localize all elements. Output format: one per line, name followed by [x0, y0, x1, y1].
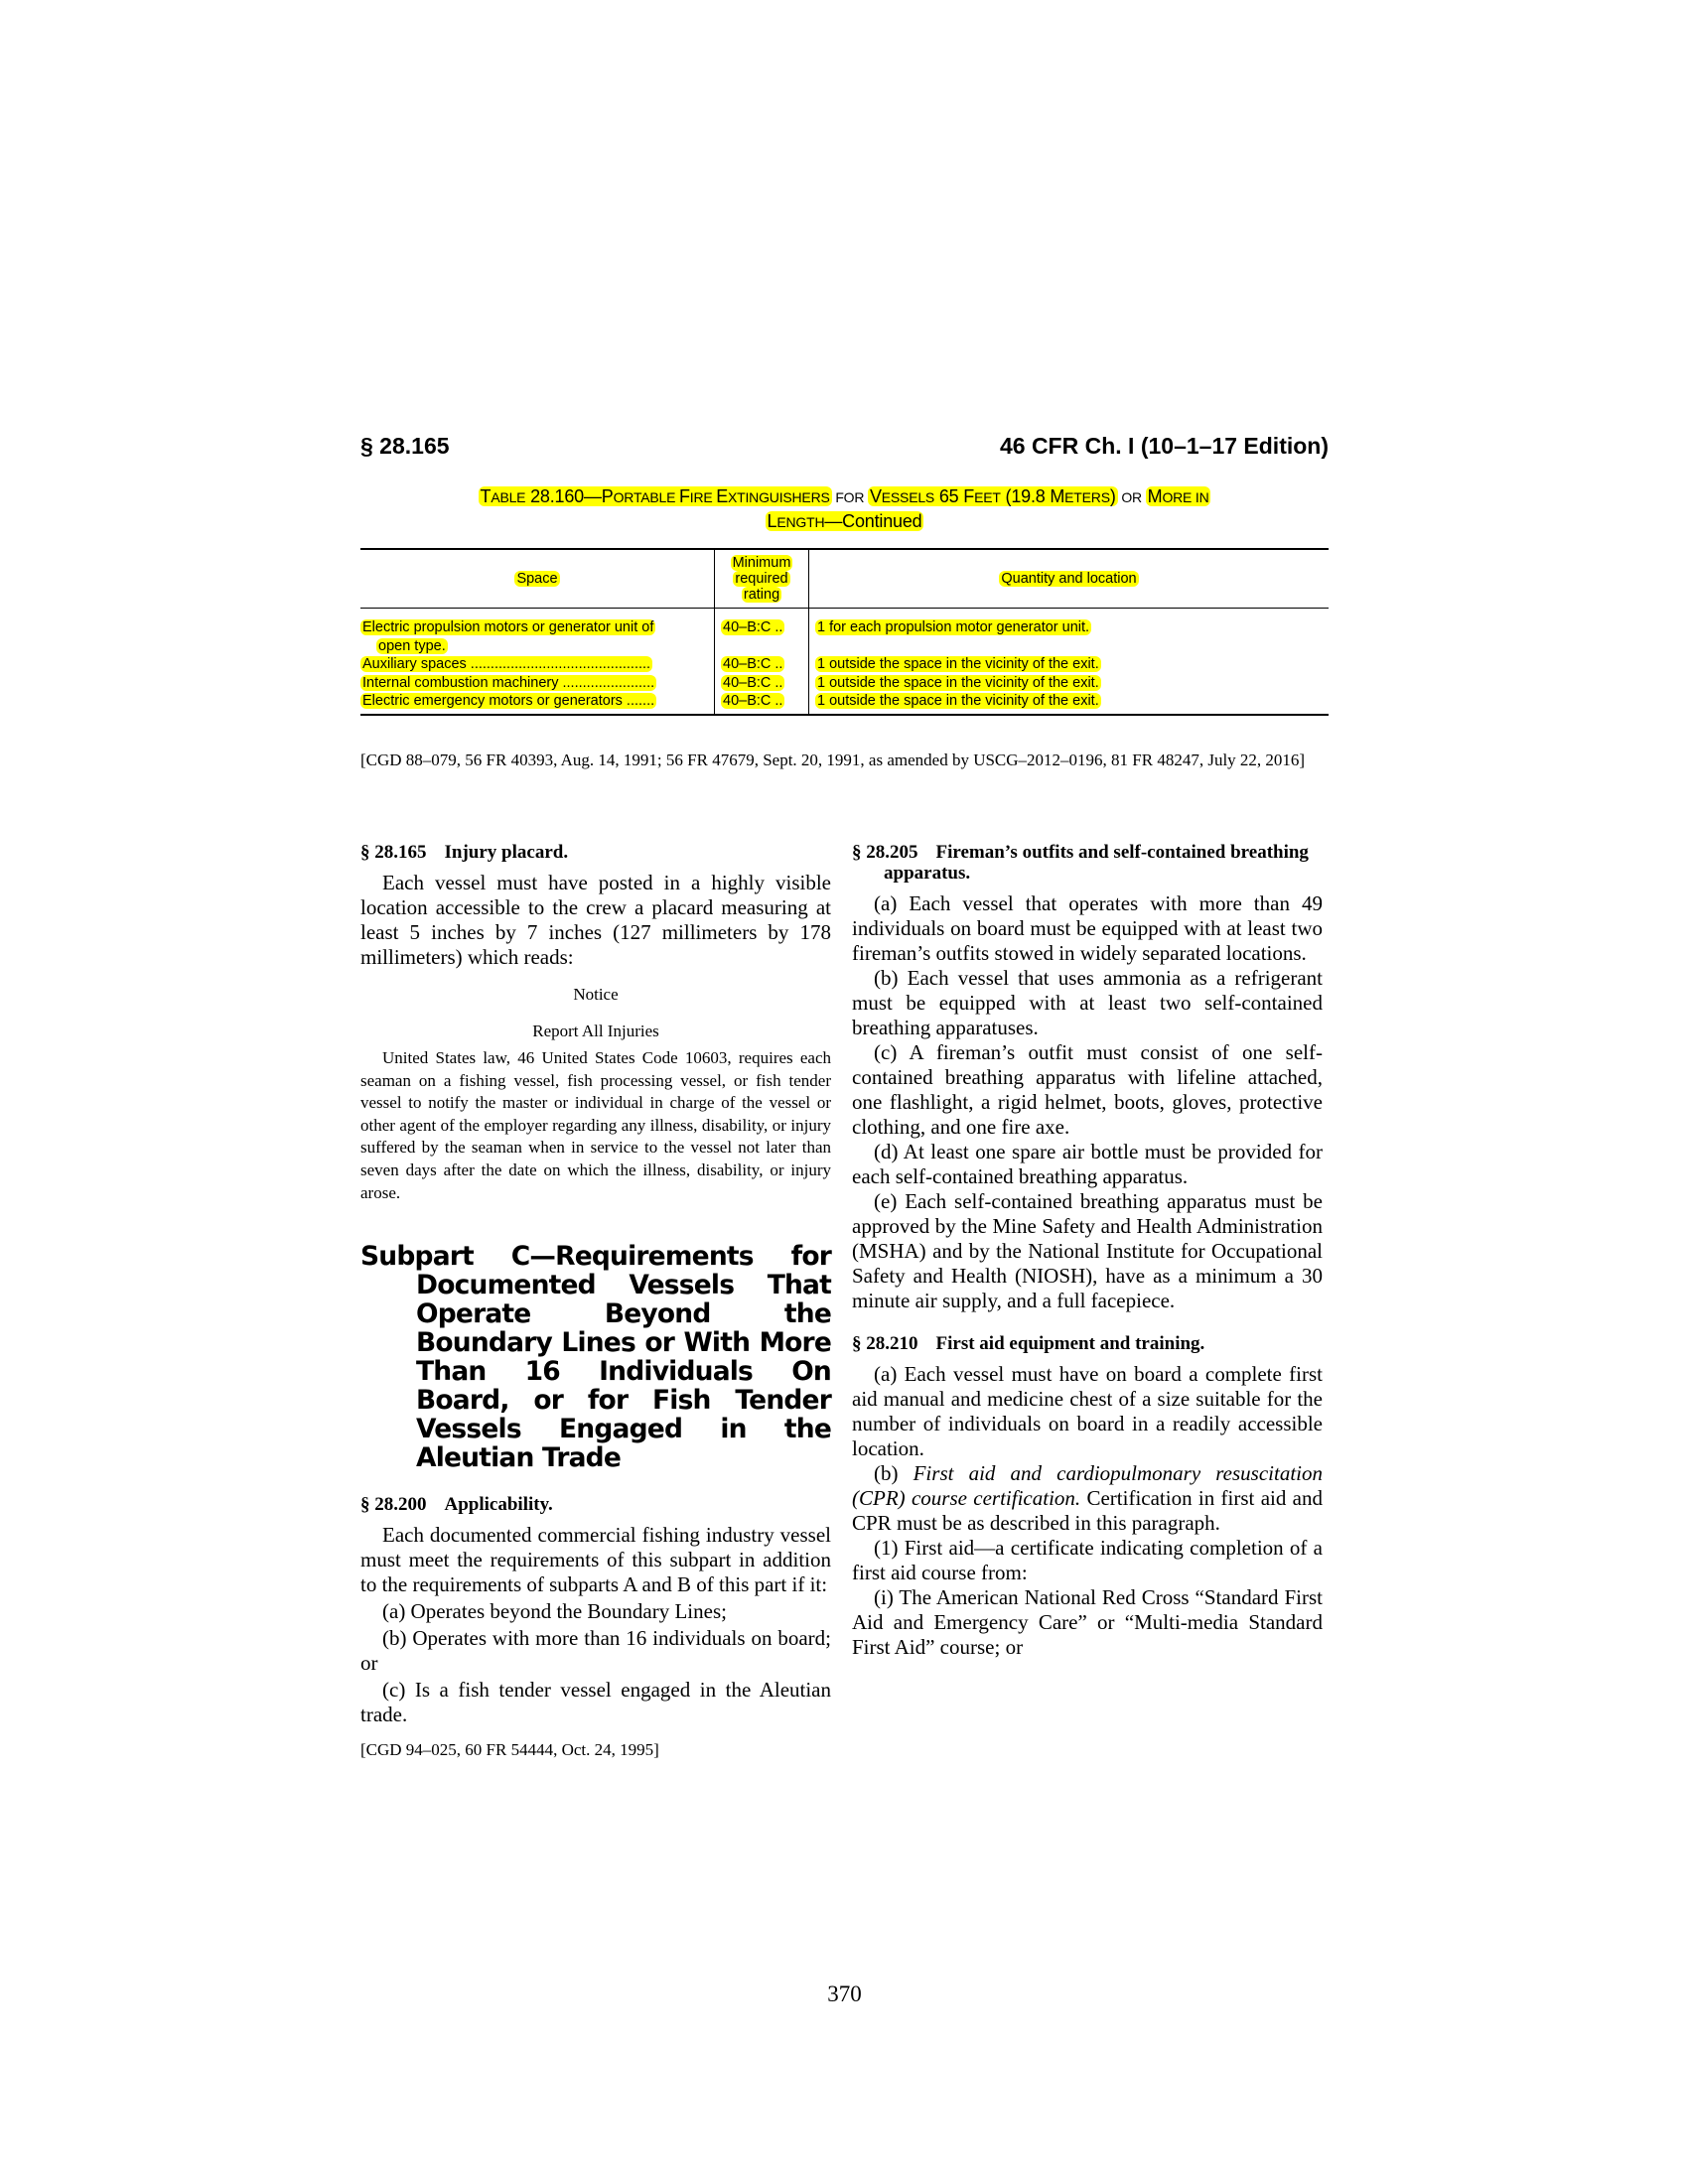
- placard-title: Report All Injuries: [360, 1021, 831, 1041]
- table-citation: [CGD 88–079, 56 FR 40393, Aug. 14, 1991;…: [360, 750, 1329, 770]
- section-28-205-c: (c) A fireman’s outfit must consist of o…: [852, 1040, 1323, 1140]
- table-title-highlight-4: LENGTH—Continued: [766, 511, 924, 531]
- section-heading-28-205: § 28.205Fireman’s outfits and self-conta…: [852, 842, 1323, 884]
- running-head-title: 46 CFR Ch. I (10–1–17 Edition): [1000, 433, 1329, 460]
- cell-space: Auxiliary spaces .......................…: [360, 655, 715, 674]
- section-28-200-body: Each documented commercial fishing indus…: [360, 1523, 831, 1597]
- left-column: § 28.165Injury placard. Each vessel must…: [360, 842, 831, 1760]
- cell-space: Electric emergency motors or generators …: [360, 692, 715, 715]
- cell-rating: 40–B:C ..: [715, 674, 809, 693]
- section-28-210-b1: (1) First aid—a certificate indicating c…: [852, 1536, 1323, 1585]
- cell-quantity: 1 outside the space in the vicinity of t…: [809, 674, 1330, 693]
- section-28-200-citation: [CGD 94–025, 60 FR 54444, Oct. 24, 1995]: [360, 1739, 831, 1760]
- section-28-165-body: Each vessel must have posted in a highly…: [360, 871, 831, 970]
- header-quantity: Quantity and location: [809, 549, 1330, 609]
- section-28-205-b: (b) Each vessel that uses ammonia as a r…: [852, 966, 1323, 1040]
- table-row: Electric propulsion motors or generator …: [360, 609, 1329, 656]
- table-title-highlight-3: MORE IN: [1146, 486, 1211, 506]
- right-column: § 28.205Fireman’s outfits and self-conta…: [852, 842, 1323, 1660]
- section-heading-28-200: § 28.200Applicability.: [360, 1494, 831, 1515]
- fire-extinguisher-table: Space Minimum required rating Quantity a…: [360, 548, 1329, 716]
- section-28-205-e: (e) Each self-contained breathing appara…: [852, 1189, 1323, 1313]
- table-row: Internal combustion machinery ..........…: [360, 674, 1329, 693]
- running-head-section: § 28.165: [360, 433, 450, 460]
- section-28-200-c: (c) Is a fish tender vessel engaged in t…: [360, 1678, 831, 1727]
- section-28-205-a: (a) Each vessel that operates with more …: [852, 891, 1323, 966]
- cell-quantity: 1 outside the space in the vicinity of t…: [809, 692, 1330, 715]
- table-title-highlight-1: TABLE 28.160—PORTABLE FIRE EXTINGUISHERS: [479, 486, 832, 506]
- section-28-210-a: (a) Each vessel must have on board a com…: [852, 1362, 1323, 1461]
- cell-quantity: 1 outside the space in the vicinity of t…: [809, 655, 1330, 674]
- section-28-210-b1i: (i) The American National Red Cross “Sta…: [852, 1585, 1323, 1660]
- placard-notice: Notice: [360, 984, 831, 1005]
- table-title-highlight-2: VESSELS 65 FEET (19.8 METERS): [868, 486, 1118, 506]
- section-heading-28-165: § 28.165Injury placard.: [360, 842, 831, 863]
- section-28-210-b: (b) First aid and cardiopulmonary resusc…: [852, 1461, 1323, 1536]
- cell-rating: 40–B:C ..: [715, 609, 809, 656]
- header-space: Space: [360, 549, 715, 609]
- section-28-200-a: (a) Operates beyond the Boundary Lines;: [360, 1599, 831, 1624]
- cell-space: Electric propulsion motors or generator …: [360, 609, 715, 656]
- cell-rating: 40–B:C ..: [715, 655, 809, 674]
- cell-space: Internal combustion machinery ..........…: [360, 674, 715, 693]
- section-28-200-b: (b) Operates with more than 16 individua…: [360, 1626, 831, 1676]
- running-head: § 28.165 46 CFR Ch. I (10–1–17 Edition): [360, 433, 1329, 463]
- table-title: TABLE 28.160—PORTABLE FIRE EXTINGUISHERS…: [360, 484, 1329, 534]
- cell-quantity: 1 for each propulsion motor generator un…: [809, 609, 1330, 656]
- placard-text: United States law, 46 United States Code…: [360, 1047, 831, 1204]
- header-rating: Minimum required rating: [715, 549, 809, 609]
- cell-rating: 40–B:C ..: [715, 692, 809, 715]
- section-heading-28-210: § 28.210First aid equipment and training…: [852, 1333, 1323, 1354]
- table-row: Electric emergency motors or generators …: [360, 692, 1329, 715]
- table-header-row: Space Minimum required rating Quantity a…: [360, 549, 1329, 609]
- page-number: 370: [360, 1981, 1329, 2007]
- table-row: Auxiliary spaces .......................…: [360, 655, 1329, 674]
- section-28-205-d: (d) At least one spare air bottle must b…: [852, 1140, 1323, 1189]
- subpart-c-heading: Subpart C—Requirements for Documented Ve…: [360, 1242, 831, 1472]
